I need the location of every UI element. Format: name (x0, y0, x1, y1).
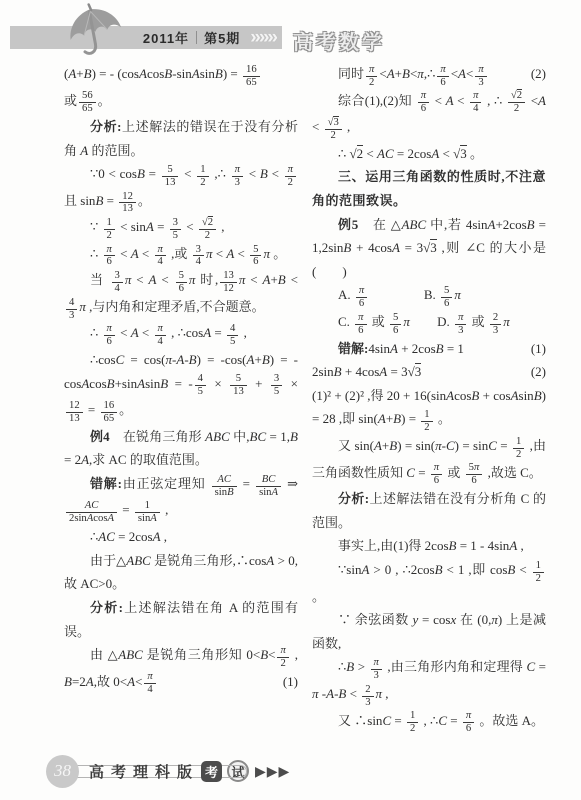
text-run: , (162, 502, 169, 517)
equation-number: (1) (257, 670, 298, 694)
text-run: , (211, 166, 218, 181)
math-run: ∴ √2 < AC = 2cosA < √3 (338, 145, 467, 161)
fraction: π4 (470, 90, 481, 115)
paragraph: ∴ π6 < A < π4 ,或 34π < A < 56π 。 (64, 242, 298, 269)
header-divider (196, 31, 197, 44)
text-run: ,由三角形内角和定理得 (384, 659, 527, 674)
text-run: 在 (358, 217, 390, 232)
fraction: 1sinA (135, 500, 160, 525)
math-run: 2sinB + 4cosA = 3√3 (322, 239, 437, 255)
fraction: 56 (390, 312, 401, 337)
text-run: ,或 (168, 246, 191, 261)
journal-title: 高考数学 (293, 26, 385, 55)
equation-number: (2) (531, 360, 546, 384)
math-run: sin(A+B) = (358, 411, 419, 426)
math-run: ∵sinA > 0 (338, 562, 391, 577)
fraction: π4 (155, 323, 166, 348)
math-run: = (119, 502, 133, 517)
math-run: sinB = (80, 193, 117, 208)
math-run: cosB < (490, 562, 531, 577)
equation-number: (2) (505, 62, 546, 86)
math-run: C = (406, 465, 429, 480)
fraction: 5665 (79, 90, 96, 115)
fraction: 12 (407, 710, 418, 735)
text-run: ,与内角和定理矛盾,不合题意。 (86, 299, 265, 314)
paragraph: (1)² + (2)² ,得 20 + 16(sinAcosB + cosAsi… (312, 384, 546, 434)
fraction: 1665 (243, 64, 260, 89)
fraction: π2 (277, 645, 288, 670)
text-run: A. (338, 287, 354, 302)
fraction: BCsinA (256, 474, 281, 499)
text-run: ,求 AC 的取值范围。 (89, 452, 208, 467)
text-run: 。 (435, 411, 451, 426)
text-run: 由于 (90, 553, 116, 568)
fraction: √22 (508, 90, 525, 115)
fraction: 34 (112, 270, 123, 295)
paragraph: 事实上,由(1)得 2cosB = 1 - 4sinA , (312, 534, 546, 558)
fraction: 45 (227, 323, 238, 348)
math-run: < (180, 166, 195, 181)
text-run: ,故选 C。 (484, 465, 541, 480)
header: 2011年 第5期 »»» 高考数学 (0, 0, 581, 62)
text-run: 在锐角三角形 (110, 429, 206, 444)
math-run: π < A+B < (239, 272, 298, 287)
text-run: 是锐角三角形知 (143, 647, 247, 662)
umbrella-icon (62, 2, 126, 64)
math-run: < B < (245, 166, 283, 181)
text-run: , (161, 529, 168, 544)
math-run: ∴ (90, 325, 102, 340)
fraction: π6 (418, 90, 429, 115)
fraction: π6 (104, 244, 115, 269)
page-number-badge: 38 (46, 755, 79, 788)
fraction: 12 (533, 560, 544, 585)
paragraph: 由于△ABC 是锐角三角形,∴cosA > 0,故 AC>0。 (64, 549, 298, 596)
text-run: 由正弦定理知 (122, 476, 210, 491)
exam-kao-badge: 考 (201, 761, 222, 782)
text-run: 事实上,由(1)得 (338, 538, 425, 553)
left-column: (A+B) = - (cosAcosB-sinAsinB) = 1665或566… (64, 62, 298, 754)
text-run: , (420, 713, 430, 728)
text-run: 。 (98, 93, 111, 108)
fraction: 45 (195, 373, 206, 398)
fraction: 23 (490, 312, 501, 337)
text-run: B. (424, 287, 439, 302)
fraction: 513 (162, 164, 179, 189)
paragraph: 同时π2<A+B<π,∴π6<A<π3(2) (312, 62, 546, 89)
paragraph: 分析:上述解法错在没有分析角 C 的范围。 (312, 487, 546, 534)
text-run: 。 (312, 589, 325, 604)
paragraph: 综合(1),(2)知 π6 < A < π4 , ∴ √22 <A < √32 … (312, 89, 546, 142)
text-run: , (517, 538, 524, 553)
fraction: 1213 (66, 400, 83, 425)
text-run: 的范围。 (88, 143, 143, 158)
math-run: ∴C = (430, 713, 461, 728)
text-run: , (168, 325, 178, 340)
fraction: π4 (144, 671, 155, 696)
math-run: 4sinA + 2cosB = 1 (368, 341, 464, 356)
fraction: 1213 (119, 191, 136, 216)
math-run: π (454, 287, 461, 302)
math-run: π (403, 314, 410, 329)
bold-label: 三、运用三角函数的性质时,不注意角的范围致误。 (312, 169, 546, 208)
paragraph: ∵ 12 < sinA = 35 < √22 , (64, 215, 298, 242)
page: 2011年 第5期 »»» 高考数学 (A+B) = - (cosAcosB-s… (0, 0, 581, 800)
math-run: 2cosB = 1 - 4sinA (425, 538, 518, 553)
math-run: = (85, 402, 99, 417)
fraction: 5π6 (466, 462, 483, 487)
math-run: sin(A+B) = sin(π-C) = sinC = (354, 438, 510, 453)
text-run: ,即 (336, 411, 359, 426)
text-run: 时, (195, 272, 218, 287)
math-run: 2sinB + 4cosA = 3√3 (312, 363, 421, 379)
paragraph: ∴AC = 2cosA , (64, 525, 298, 549)
math-run: ∴AC = 2cosA (90, 529, 161, 544)
math-run: ∴cosA > 0 (236, 553, 295, 568)
paragraph: ∵sinA > 0 , ∴2cosB < 1 ,即 cosB < 12 。 (312, 558, 546, 608)
math-run: ∴sinC = (354, 713, 405, 728)
fraction: π2 (285, 164, 296, 189)
paragraph: 三、运用三角函数的性质时,不注意角的范围致误。 (312, 165, 546, 212)
text-run: 综合(1),(2)知 (338, 93, 416, 108)
text-run: 。 (119, 402, 132, 417)
math-run: y = cosx (413, 612, 457, 627)
paragraph: 错解:4sinA + 2cosB = 1(1) (312, 337, 546, 361)
paragraph: C. π6 或 56πD. π3 或 23π (312, 310, 546, 337)
fraction: 12 (104, 217, 115, 242)
fraction: π6 (431, 462, 442, 487)
math-run: <A< (451, 66, 474, 81)
fraction: π3 (455, 312, 466, 337)
math-run: ABC (205, 429, 230, 444)
text-run: , (391, 562, 402, 577)
fraction: π6 (356, 285, 367, 310)
fraction: 1312 (220, 270, 237, 295)
math-run: ∴B > (338, 659, 369, 674)
fraction: 35 (170, 217, 181, 242)
fraction: π6 (104, 323, 115, 348)
bold-label: 例4 (90, 429, 110, 444)
text-run: 当 (90, 272, 110, 287)
math-run: < sinA = (117, 219, 168, 234)
paragraph: (A+B) = - (cosAcosB-sinAsinB) = 1665 (64, 62, 298, 89)
math-run: ∴ (218, 166, 230, 181)
fraction: 56 (250, 244, 261, 269)
math-run: ∴ (90, 246, 102, 261)
fraction: π3 (371, 657, 382, 682)
math-run: < A < (117, 246, 153, 261)
fraction: π6 (355, 312, 366, 337)
fraction: 12 (421, 409, 432, 434)
math-run: π < A < (206, 246, 248, 261)
fraction: 12 (513, 436, 524, 461)
fraction: 56 (176, 270, 187, 295)
header-bar: 2011年 第5期 »»» (10, 26, 282, 49)
paragraph: ∴cosC = cos(π-A-B) = -cos(A+B) = -cosAco… (64, 348, 298, 425)
text-run: 且 (64, 193, 80, 208)
paragraph: ∴B > π3 ,由三角形内角和定理得 C = π -A-B < 23π , (312, 655, 546, 708)
text-run: , (344, 119, 351, 134)
fraction: 513 (230, 373, 247, 398)
text-run: C. (338, 314, 353, 329)
text-run: 。 (270, 246, 286, 261)
paragraph: 例5 在 △ABC 中,若 4sinA+2cosB = 1,2sinB + 4c… (312, 213, 546, 284)
math-run: (0,π) (477, 612, 502, 627)
footer: 38 高考理科版 考 试 ▶▶▶ (46, 754, 290, 788)
paragraph: ∵ 余弦函数 y = cosx 在 (0,π) 上是减函数, (312, 608, 546, 655)
text-run: 中,若 (426, 217, 466, 232)
fraction: AC2sinAcosA (66, 500, 117, 525)
paragraph: 由 △ABC 是锐角三角形知 0<B<π2 , B=2A,故 0<A<π4(1) (64, 643, 298, 696)
text-run: 又 (338, 713, 354, 728)
math-run: △ABC (108, 647, 143, 662)
issue-number: 第5期 (204, 28, 240, 47)
article-body: (A+B) = - (cosAcosB-sinAsinB) = 1665或566… (64, 62, 546, 754)
text-run: 。 (138, 193, 151, 208)
text-run: 是锐角三角形, (151, 553, 236, 568)
text-run: , (291, 647, 298, 662)
fraction: ACsinB (212, 474, 237, 499)
text-run: 又 (338, 438, 354, 453)
text-run: 在 (456, 612, 477, 627)
math-run: ∴2cosB < 1 (402, 562, 464, 577)
math-run: ∴ (427, 66, 435, 81)
bold-label: 分析: (90, 119, 121, 134)
math-run: + (249, 376, 269, 391)
text-run: , (483, 93, 494, 108)
paragraph: 分析:上述解法错在角 A 的范围有误。 (64, 596, 298, 643)
fraction: √22 (199, 217, 216, 242)
fraction: π6 (437, 64, 448, 89)
paragraph: 当 34π < A < 56π 时,1312π < A+B < 43π ,与内角… (64, 268, 298, 321)
edition-label: 高考理科版 (89, 761, 199, 782)
math-run: △ABC (391, 217, 426, 232)
math-run: ⇒ (283, 476, 298, 491)
math-run: < A < (117, 325, 153, 340)
text-run: 或 (64, 93, 77, 108)
text-run: 由 (90, 647, 108, 662)
fraction: 56 (441, 285, 452, 310)
paragraph: 又 ∴sinC = 12 , ∴C = π6 。故选 A。 (312, 709, 546, 736)
fraction: 35 (271, 373, 282, 398)
math-run: (A+B) = - (cosAcosB-sinAsinB) = (64, 66, 241, 81)
bold-label: 分析: (90, 600, 123, 615)
math-run: <A+B<π (379, 66, 423, 81)
paragraph: A. π6B. 56π (312, 283, 546, 310)
text-run: 。故选 A。 (476, 713, 544, 728)
fraction: π2 (366, 64, 377, 89)
math-run: π < A < (125, 272, 174, 287)
math-run: 0<B< (246, 647, 275, 662)
paragraph: 例4 在锐角三角形 ABC 中,BC = 1,B = 2A,求 AC 的取值范围… (64, 425, 298, 472)
text-run: ∵ 余弦函数 (338, 612, 413, 627)
equation-number: (1) (505, 337, 546, 361)
text-run: 或 (468, 314, 488, 329)
math-run: < A < (431, 93, 468, 108)
paragraph: ∵0 < cosB = 513 < 12 ,∴ π3 < B < π2 且 si… (64, 162, 298, 215)
text-run: 。 (467, 146, 483, 161)
fraction: 12 (197, 164, 208, 189)
bold-label: 错解: (90, 476, 122, 491)
text-run: 或 (444, 465, 464, 480)
text-run: 中, (230, 429, 250, 444)
math-run: π (503, 314, 510, 329)
text-run: , (240, 325, 247, 340)
math-run: △ABC (116, 553, 151, 568)
fraction: √32 (325, 117, 342, 142)
math-run: = (239, 476, 254, 491)
bold-label: 分析: (338, 491, 369, 506)
paragraph: 或5665。 (64, 89, 298, 116)
paragraph: ∴ √2 < AC = 2cosA < √3 。 (312, 142, 546, 166)
paragraph: 分析:上述解法的错误在于没有分析角 A 的范围。 (64, 115, 298, 162)
fraction: 43 (66, 297, 77, 322)
text-run: , (218, 219, 225, 234)
math-run: 0<A< (113, 674, 142, 689)
bold-label: 错解: (338, 341, 368, 356)
chevrons-icon: »»» (250, 28, 276, 47)
math-run: × (208, 376, 228, 391)
paragraph: 又 sin(A+B) = sin(π-C) = sinC = 12 ,由三角函数… (312, 434, 546, 487)
text-run: ,即 (464, 562, 490, 577)
fraction: π4 (155, 244, 166, 269)
text-run: D. (437, 314, 453, 329)
fraction: 34 (193, 244, 204, 269)
fraction: π3 (232, 164, 243, 189)
math-run: (1)² + (2)² (312, 388, 364, 403)
footer-arrows-icon: ▶▶▶ (255, 763, 290, 780)
issue-year: 2011年 (143, 28, 189, 47)
text-run: , (382, 686, 389, 701)
paragraph: 错解:由正弦定理知 ACsinB = BCsinA ⇒ AC2sinAcosA … (64, 472, 298, 525)
math-run: ∵0 < cosB = (90, 166, 160, 181)
bold-label: 例5 (338, 217, 358, 232)
text-run: 或 (369, 314, 389, 329)
fraction: π3 (475, 64, 486, 89)
text-run: 同时 (338, 66, 364, 81)
math-run: ∵ (90, 219, 102, 234)
fraction: 23 (362, 684, 373, 709)
math-run: ∴cosA = (178, 325, 225, 340)
paragraph: ∴ π6 < A < π4 , ∴cosA = 45 , (64, 321, 298, 348)
math-run: B=2A (64, 674, 94, 689)
fraction: 1665 (101, 400, 118, 425)
fraction: π6 (463, 710, 474, 735)
math-run: < (183, 219, 197, 234)
text-run: ,得 (364, 388, 387, 403)
right-column: 同时π2<A+B<π,∴π6<A<π3(2)综合(1),(2)知 π6 < A … (312, 62, 546, 754)
math-run: × (284, 376, 298, 391)
text-run: ,故 (94, 674, 114, 689)
math-run: ∴ (494, 93, 506, 108)
paragraph: 2sinB + 4cosA = 3√3(2) (312, 360, 546, 384)
